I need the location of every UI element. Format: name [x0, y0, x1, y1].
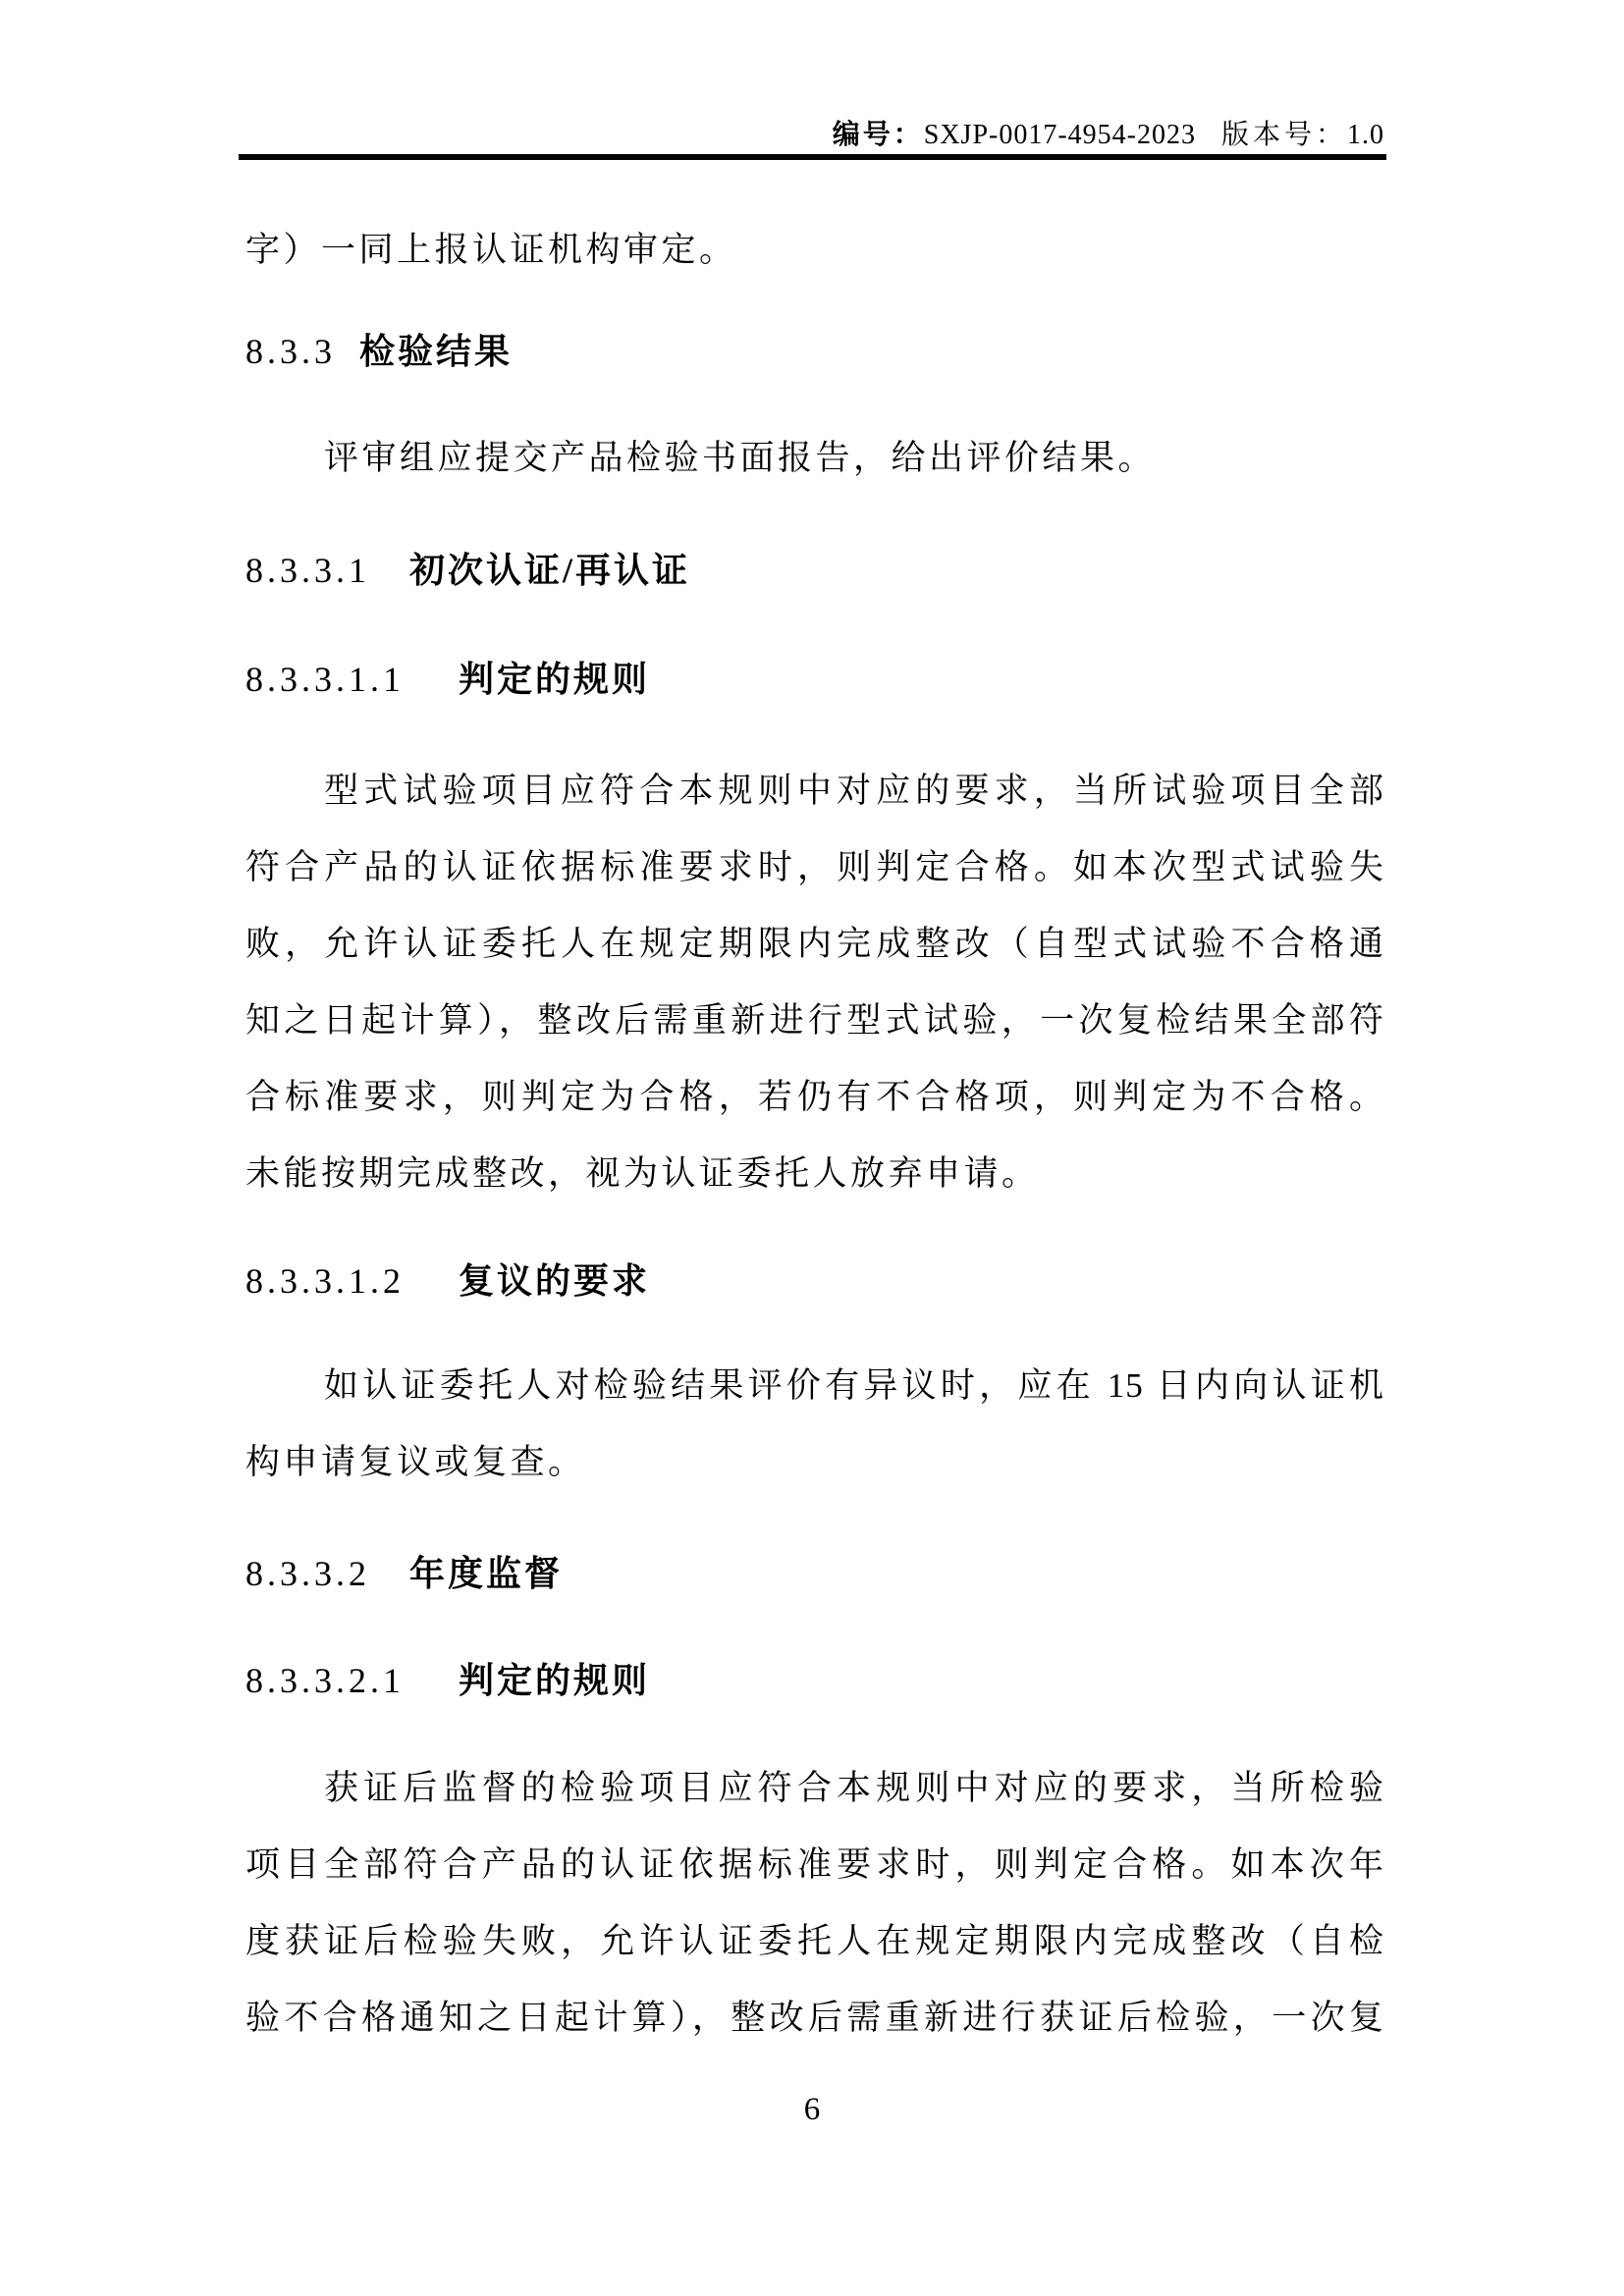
body-line: 未能按期完成整改，视为认证委托人放弃申请。	[245, 1136, 1384, 1212]
body-line: 度获证后检验失败，允许认证委托人在规定期限内完成整改（自检	[245, 1903, 1384, 1980]
page-number: 6	[0, 2071, 1624, 2148]
paragraph-83311: 型式试验项目应符合本规则中对应的要求，当所试验项目全部 符合产品的认证依据标准要…	[245, 753, 1384, 1212]
doc-code-value: SXJP-0017-4954-2023	[924, 120, 1196, 150]
section-number: 8.3.3.1	[245, 551, 370, 590]
header-rule	[239, 154, 1386, 160]
section-number: 8.3.3	[245, 332, 336, 371]
section-heading-83311: 8.3.3.1.1判定的规则	[245, 641, 1384, 718]
section-title: 复议的要求	[459, 1261, 650, 1301]
body-line: 构申请复议或复查。	[245, 1424, 1384, 1501]
body-line: 项目全部符合产品的认证依据标准要求时，则判定合格。如本次年	[245, 1827, 1384, 1903]
body-line: 字）一同上报认证机构审定。	[245, 212, 1384, 289]
body-line: 知之日起计算），整改后需重新进行型式试验，一次复检结果全部符	[245, 983, 1384, 1059]
body-line: 验不合格通知之日起计算），整改后需重新进行获证后检验，一次复	[245, 1980, 1384, 2056]
section-title: 年度监督	[409, 1554, 563, 1593]
document-page: 编号：SXJP-0017-4954-2023版本号：1.0 字）一同上报认证机构…	[0, 0, 1624, 2296]
section-title: 判定的规则	[459, 1661, 650, 1700]
intro-paragraph: 字）一同上报认证机构审定。	[245, 212, 1384, 289]
body-line: 如认证委托人对检验结果评价有异议时，应在 15 日内向认证机	[245, 1348, 1384, 1424]
section-title: 检验结果	[359, 332, 513, 371]
body-line: 合标准要求，则判定为合格，若仍有不合格项，则判定为不合格。	[245, 1059, 1384, 1136]
section-heading-8332: 8.3.3.2年度监督	[245, 1535, 1384, 1612]
section-number: 8.3.3.2	[245, 1554, 370, 1593]
body-line: 评审组应提交产品检验书面报告，给出评价结果。	[245, 420, 1384, 497]
body-line: 型式试验项目应符合本规则中对应的要求，当所试验项目全部	[245, 753, 1384, 829]
section-number: 8.3.3.2.1	[245, 1661, 405, 1700]
body-line: 败，允许认证委托人在规定期限内完成整改（自型式试验不合格通	[245, 906, 1384, 983]
document-header: 编号：SXJP-0017-4954-2023版本号：1.0	[833, 116, 1384, 155]
section-number: 8.3.3.1.1	[245, 660, 405, 699]
body-line: 符合产品的认证依据标准要求时，则判定合格。如本次型式试验失	[245, 829, 1384, 906]
section-heading-83321: 8.3.3.2.1判定的规则	[245, 1642, 1384, 1719]
section-number: 8.3.3.1.2	[245, 1261, 405, 1301]
section-heading-833: 8.3.3检验结果	[245, 313, 1384, 390]
paragraph-83312: 如认证委托人对检验结果评价有异议时，应在 15 日内向认证机 构申请复议或复查。	[245, 1348, 1384, 1501]
doc-version-value: 1.0	[1347, 120, 1384, 150]
section-title: 初次认证/再认证	[409, 551, 690, 590]
paragraph-83321: 获证后监督的检验项目应符合本规则中对应的要求，当所检验 项目全部符合产品的认证依…	[245, 1750, 1384, 2056]
doc-version-label: 版本号：	[1221, 120, 1347, 150]
section-heading-83312: 8.3.3.1.2复议的要求	[245, 1243, 1384, 1319]
paragraph-833: 评审组应提交产品检验书面报告，给出评价结果。	[245, 420, 1384, 497]
section-title: 判定的规则	[459, 660, 650, 699]
section-heading-8331: 8.3.3.1初次认证/再认证	[245, 532, 1384, 609]
doc-code-label: 编号：	[833, 120, 924, 150]
body-line: 获证后监督的检验项目应符合本规则中对应的要求，当所检验	[245, 1750, 1384, 1827]
